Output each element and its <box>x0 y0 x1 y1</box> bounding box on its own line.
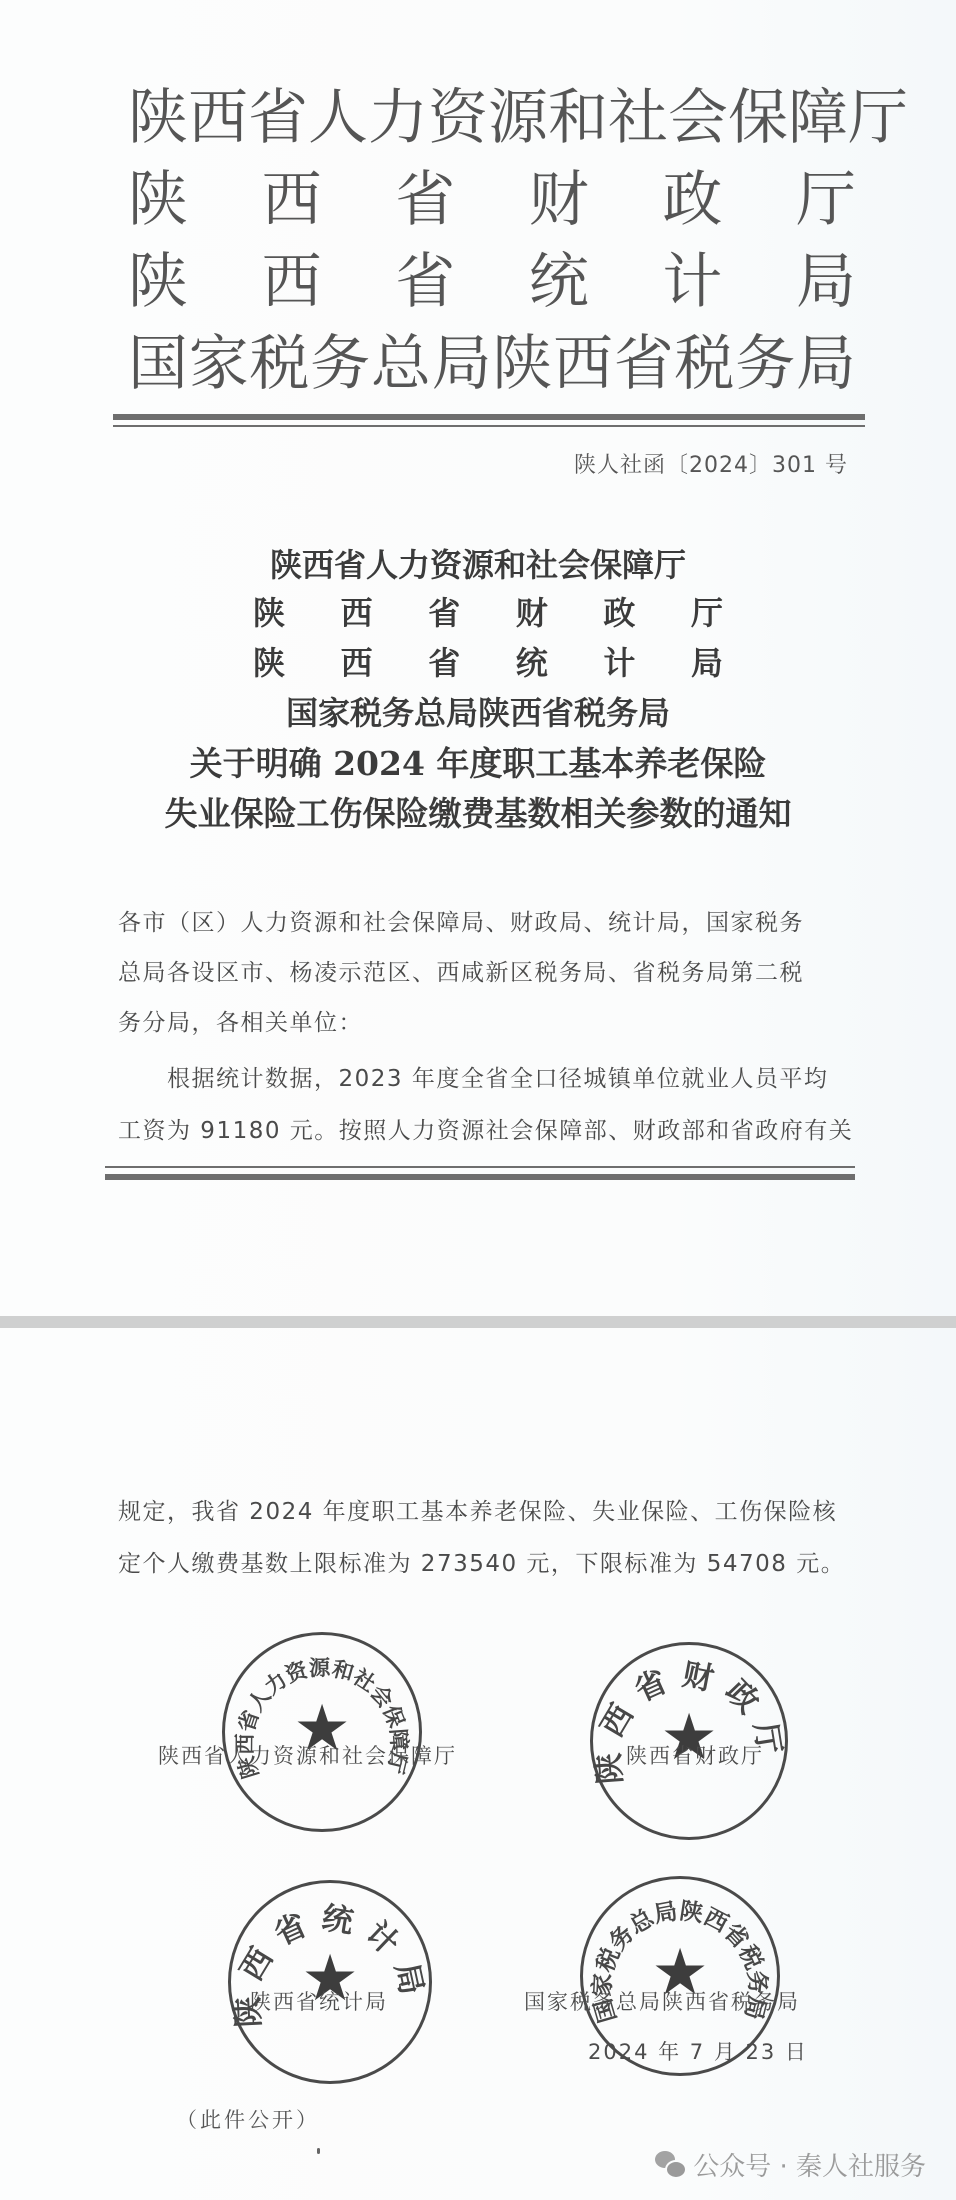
letterhead-char: 政 <box>662 170 722 230</box>
footer-rule-thick <box>105 1174 855 1180</box>
title-subject-line-1: 关于明确 2024 年度职工基本养老保险 <box>0 738 956 785</box>
title-char: 计 <box>603 638 635 684</box>
page-separator <box>0 1316 956 1328</box>
header-rule-thin <box>113 425 865 427</box>
letterhead-char: 西 <box>553 334 613 394</box>
letterhead-char: 西 <box>262 252 322 312</box>
letterhead-line-tax: 国 家 税 务 总 局 陕 西 省 税 务 局 <box>128 334 856 394</box>
letterhead-char: 统 <box>529 252 589 312</box>
letterhead-char: 总 <box>371 334 431 394</box>
issue-date: 2024 年 7 月 23 日 <box>588 2036 808 2066</box>
title-issuer-tax: 国家税务总局陕西省税务局 <box>0 688 956 734</box>
title-char: 陕 <box>253 638 285 684</box>
title-char: 政 <box>603 588 635 634</box>
letterhead-char: 局 <box>432 334 492 394</box>
signature-label-hrss: 陕西省人力资源和社会保障厅 <box>158 1740 457 1770</box>
wechat-icon <box>655 2151 685 2179</box>
title-char: 财 <box>516 588 548 634</box>
addressee-line: 务分局，各相关单位： <box>118 1004 848 1037</box>
addressee-line: 各市（区）人力资源和社会保障局、财政局、统计局，国家税务 <box>118 904 848 937</box>
letterhead-char: 资 <box>428 88 488 148</box>
letterhead-char: 陕 <box>492 334 552 394</box>
letterhead-char: 西 <box>262 170 322 230</box>
title-char: 局 <box>691 638 723 684</box>
letterhead-char: 厅 <box>796 170 856 230</box>
title-char: 厅 <box>691 588 723 634</box>
paragraph-line: 定个人缴费基数上限标准为 273540 元，下限标准为 54708 元。 <box>118 1545 848 1578</box>
footer-rule-thin <box>105 1166 855 1168</box>
seal-hrss: 陕西省人力资源和社会保障厅 ★ <box>222 1632 422 1832</box>
letterhead-char: 省 <box>248 88 308 148</box>
letterhead-char: 局 <box>796 334 856 394</box>
letterhead-char: 财 <box>529 170 589 230</box>
document-page-1: 陕 西 省 人 力 资 源 和 社 会 保 障 厅 陕 西 省 财 政 厅 陕 … <box>0 0 956 1316</box>
signature-label-finance: 陕西省财政厅 <box>626 1740 764 1770</box>
title-subject-line-2: 失业保险工伤保险缴费基数相关参数的通知 <box>0 788 956 835</box>
title-char: 西 <box>341 638 373 684</box>
letterhead-char: 国 <box>128 334 188 394</box>
paragraph-line: 根据统计数据，2023 年度全省全口径城镇单位就业人员平均 <box>118 1060 848 1093</box>
title-char: 省 <box>428 588 460 634</box>
letterhead-char: 务 <box>310 334 370 394</box>
letterhead-char: 西 <box>188 88 248 148</box>
wechat-watermark: 公众号 · 秦人社服务 <box>655 2146 926 2183</box>
header-rule-thick <box>113 414 865 420</box>
letterhead-char: 省 <box>614 334 674 394</box>
letterhead-char: 陕 <box>128 170 188 230</box>
signature-label-tax: 国家税务总局陕西省税务局 <box>524 1986 800 2016</box>
letterhead-char: 源 <box>488 88 548 148</box>
letterhead-char: 障 <box>788 88 848 148</box>
title-issuer-statistics: 陕 西 省 统 计 局 <box>253 638 723 684</box>
title-char: 陕 <box>253 588 285 634</box>
title-issuer-finance: 陕 西 省 财 政 厅 <box>253 588 723 634</box>
addressee-line: 总局各设区市、杨凌示范区、西咸新区税务局、省税务局第二税 <box>118 954 848 987</box>
title-char: 西 <box>341 588 373 634</box>
letterhead-char: 省 <box>395 252 455 312</box>
watermark-text: 公众号 · 秦人社服务 <box>693 2146 926 2183</box>
letterhead-line-statistics: 陕 西 省 统 计 局 <box>128 252 856 312</box>
letterhead-char: 省 <box>395 170 455 230</box>
public-note: （此件公开） <box>176 2104 320 2134</box>
signature-label-statistics: 陕西省统计局 <box>250 1986 388 2016</box>
letterhead-char: 和 <box>548 88 608 148</box>
letterhead-char: 陕 <box>128 252 188 312</box>
letterhead-line-hrss: 陕 西 省 人 力 资 源 和 社 会 保 障 厅 <box>128 88 856 148</box>
letterhead-char: 家 <box>189 334 249 394</box>
letterhead-char: 税 <box>674 334 734 394</box>
scan-speck <box>317 2148 320 2154</box>
letterhead-char: 局 <box>796 252 856 312</box>
letterhead-line-finance: 陕 西 省 财 政 厅 <box>128 170 856 230</box>
seal-statistics: 陕西省统计局 ★ <box>228 1880 432 2084</box>
title-issuer-hrss: 陕西省人力资源和社会保障厅 <box>0 540 956 586</box>
letterhead-char: 厅 <box>848 88 908 148</box>
letterhead-char: 保 <box>728 88 788 148</box>
title-char: 统 <box>516 638 548 684</box>
letterhead-char: 会 <box>668 88 728 148</box>
paragraph-line: 规定，我省 2024 年度职工基本养老保险、失业保险、工伤保险核 <box>118 1493 848 1526</box>
letterhead-char: 税 <box>249 334 309 394</box>
paragraph-line: 工资为 91180 元。按照人力资源社会保障部、财政部和省政府有关 <box>118 1112 848 1145</box>
document-page-2 <box>0 1328 956 2200</box>
document-number: 陕人社函〔2024〕301 号 <box>574 448 848 479</box>
title-char: 省 <box>428 638 460 684</box>
letterhead-char: 务 <box>735 334 795 394</box>
letterhead-char: 人 <box>308 88 368 148</box>
letterhead-char: 计 <box>662 252 722 312</box>
letterhead-char: 力 <box>368 88 428 148</box>
letterhead-char: 陕 <box>128 88 188 148</box>
letterhead-char: 社 <box>608 88 668 148</box>
